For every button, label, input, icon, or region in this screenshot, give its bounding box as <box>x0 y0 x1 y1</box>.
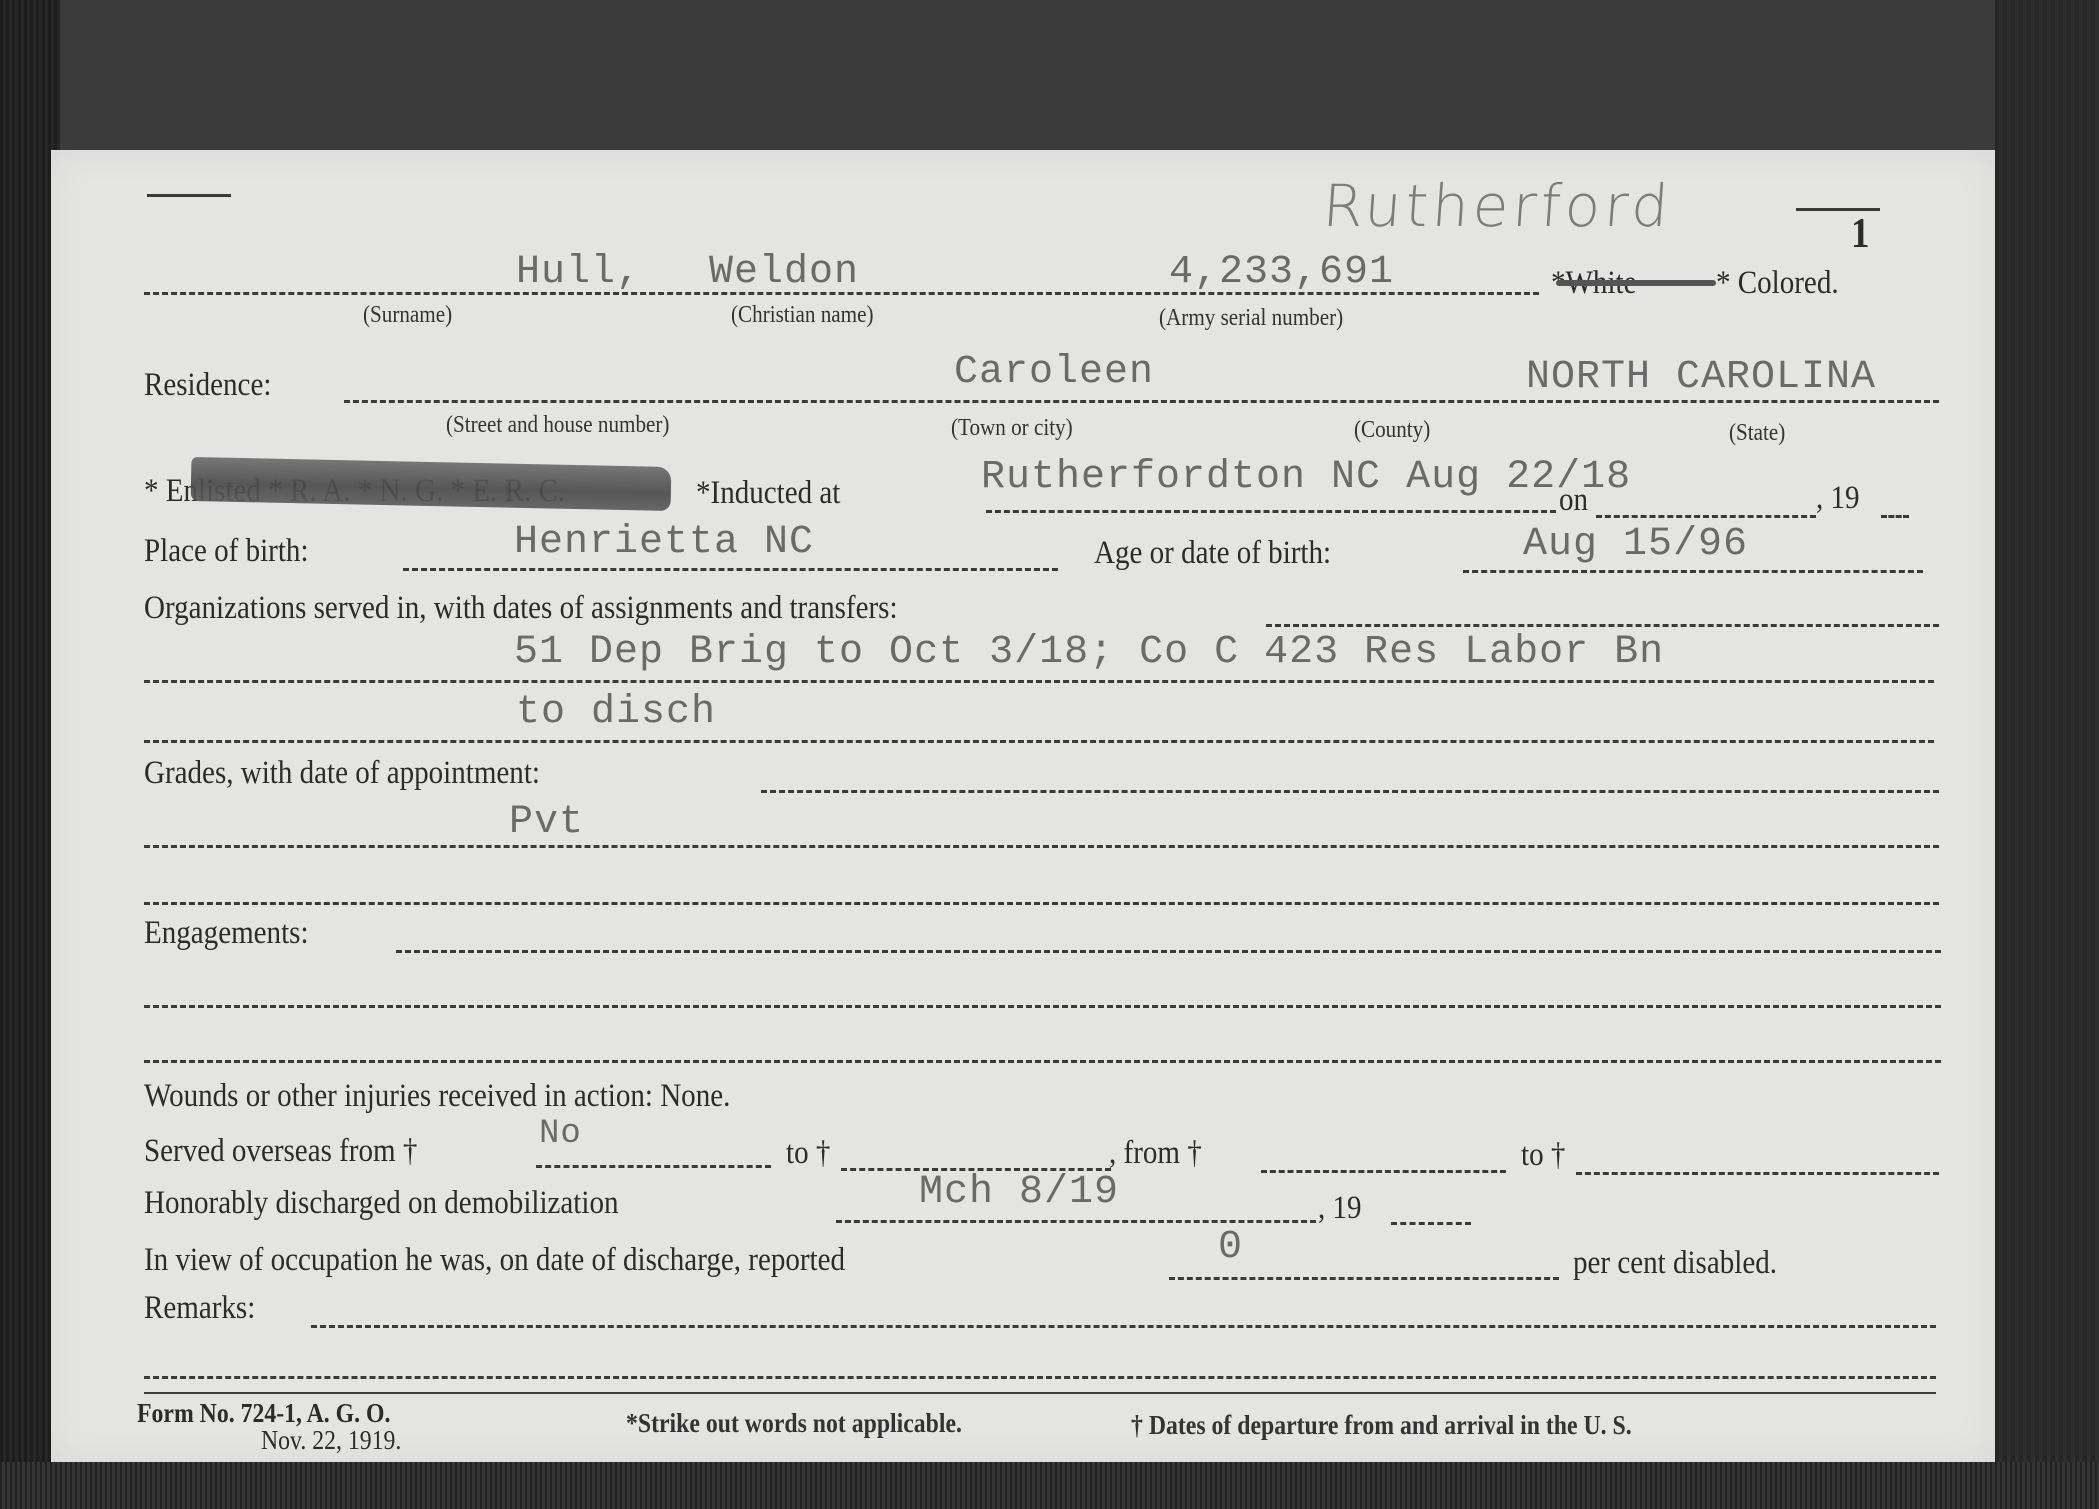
overseas-from-label: Served overseas from † <box>144 1133 417 1170</box>
residence-label: Residence: <box>144 367 271 404</box>
christian-name-value: Weldon <box>709 250 859 295</box>
county-label: (County) <box>1354 417 1430 444</box>
overseas-from-value: No <box>539 1115 582 1153</box>
residence-state-value: NORTH CAROLINA <box>1526 355 1876 400</box>
overseas-to-label: to † <box>786 1135 830 1172</box>
background-bottom-strip <box>0 1462 2099 1509</box>
organizations-line-0 <box>1266 624 1939 627</box>
residence-town-value: Caroleen <box>954 350 1154 395</box>
footnote-strike: *Strike out words not applicable. <box>626 1408 962 1439</box>
surname-value: Hull, <box>516 250 641 295</box>
discharge-value: Mch 8/19 <box>919 1170 1119 1215</box>
engagements-line-0 <box>396 950 1941 953</box>
on-line <box>1596 515 1816 518</box>
wounds-text: Wounds or other injuries received in act… <box>144 1078 730 1115</box>
inducted-line <box>986 510 1556 513</box>
organizations-label: Organizations served in, with dates of a… <box>144 590 898 627</box>
serial-number-label: (Army serial number) <box>1159 305 1343 332</box>
discharge-year-line <box>1391 1222 1471 1225</box>
county-annotation: Rutherford <box>1321 172 1675 240</box>
race-colored: * Colored. <box>1716 265 1839 302</box>
grades-line-2 <box>144 902 1939 905</box>
engagements-label: Engagements: <box>144 915 309 952</box>
discharge-line <box>836 1220 1316 1223</box>
organizations-entry-2: to disch <box>516 690 716 735</box>
engagements-line-1 <box>144 1005 1941 1008</box>
grades-label: Grades, with date of appointment: <box>144 755 540 792</box>
date-of-birth-value: Aug 15/96 <box>1523 522 1748 567</box>
disability-label: In view of occupation he was, on date of… <box>144 1242 845 1279</box>
serial-number-value: 4,233,691 <box>1169 250 1394 295</box>
form-date: Nov. 22, 1919. <box>261 1425 401 1456</box>
discharge-label: Honorably discharged on demobilization <box>144 1185 618 1222</box>
place-of-birth-value: Henrietta NC <box>514 520 814 565</box>
organizations-line-2 <box>144 740 1934 743</box>
background-right-strip <box>1995 0 2099 1509</box>
place-of-birth-line <box>403 568 1058 571</box>
overseas-from2-line <box>1261 1170 1506 1173</box>
christian-name-label: (Christian name) <box>731 302 874 329</box>
town-label: (Town or city) <box>951 415 1073 442</box>
inducted-value: Rutherfordton NC Aug 22/18 <box>981 455 1631 500</box>
street-label: (Street and house number) <box>446 412 669 439</box>
residence-line <box>344 400 1939 403</box>
discharge-year-label: , 19 <box>1318 1190 1362 1227</box>
organizations-entry-1: 51 Dep Brig to Oct 3/18; Co C 423 Res La… <box>514 630 1664 675</box>
engagements-line-2 <box>144 1060 1941 1063</box>
overseas-from2-label: , from † <box>1109 1135 1202 1172</box>
date-of-birth-line <box>1463 570 1923 573</box>
inducted-label: *Inducted at <box>696 475 840 512</box>
remarks-label: Remarks: <box>144 1290 255 1327</box>
year-line <box>1881 515 1909 518</box>
overseas-to2-label: to † <box>1521 1137 1565 1174</box>
disability-suffix: per cent disabled. <box>1573 1245 1777 1282</box>
remarks-line-1 <box>144 1376 1936 1379</box>
footnote-dates: † Dates of departure from and arrival in… <box>1131 1410 1632 1441</box>
race-white-strikethrough <box>1556 280 1716 286</box>
overseas-from-line <box>536 1165 771 1168</box>
on-label: on <box>1559 482 1588 519</box>
grades-entry-1: Pvt <box>509 800 584 845</box>
disability-value: 0 <box>1218 1225 1243 1270</box>
disability-line <box>1169 1277 1559 1280</box>
year-label: , 19 <box>1816 480 1860 517</box>
organizations-line-1 <box>144 680 1934 683</box>
surname-label: (Surname) <box>363 302 452 329</box>
remarks-line-0 <box>311 1325 1936 1328</box>
state-label: (State) <box>1729 420 1785 447</box>
card-number: 1 <box>1851 210 1869 258</box>
date-of-birth-label: Age or date of birth: <box>1094 535 1331 572</box>
overseas-to2-line <box>1576 1172 1939 1175</box>
service-record-card: Rutherford 1 Hull, Weldon 4,233,691 *Whi… <box>51 150 1995 1462</box>
footer-rule <box>144 1392 1936 1394</box>
grades-line-1 <box>144 845 1939 848</box>
grades-line-0 <box>761 790 1939 793</box>
place-of-birth-label: Place of birth: <box>144 533 309 570</box>
top-left-dash <box>147 194 231 197</box>
